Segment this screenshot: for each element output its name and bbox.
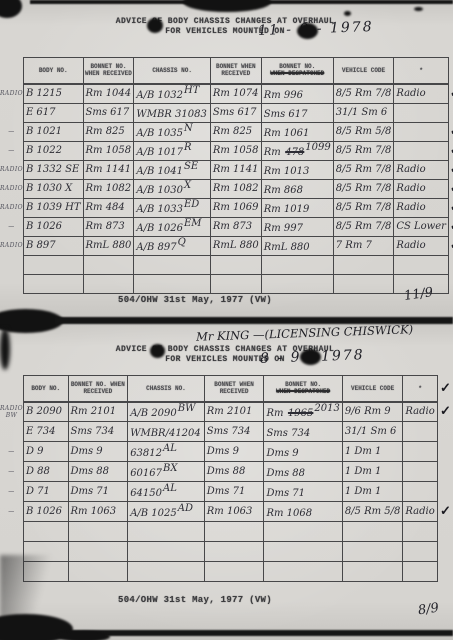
cell-chassis-no	[134, 255, 210, 274]
cell-bonnet-no-received: Rm 873	[83, 217, 134, 236]
cell-bonnet-when-received	[210, 274, 261, 293]
chassis-number: A/B 2090	[130, 408, 177, 419]
table-row: RADIO B 897 RmL 880 A/B 897Q RmL 880 RmL…	[0, 236, 453, 255]
chassis-number: A/B 1017	[136, 147, 183, 158]
bonnet-despatched-text: RmL 880	[264, 242, 310, 253]
cell-bonnet-when-received: Rm 2101	[204, 402, 264, 422]
margin-annotation	[0, 542, 23, 562]
cell-vehicle-code: 1 Dm 1	[342, 442, 403, 462]
header-bonnet-despatched: BONNET NO.WHEN DESPATCHED	[264, 376, 342, 402]
table-row: — B 1022 Rm 1058 A/B 1017R Rm 1058 Rm 47…	[0, 141, 453, 160]
cell-bonnet-no-received: Dms 88	[68, 462, 128, 482]
margin-annotation: —	[0, 482, 23, 502]
checkmark	[438, 562, 453, 582]
cell-bonnet-no-received: Rm 825	[83, 122, 134, 141]
cell-body-no: D 71	[23, 482, 68, 502]
cell-bonnet-no-despatched: Dms 88	[264, 462, 342, 482]
header-body-no: BODY NO.	[23, 58, 83, 84]
cell-bonnet-no-despatched: Sms 734	[264, 422, 342, 442]
margin-annotation	[0, 255, 23, 274]
table-row	[0, 522, 453, 542]
checkmark: ✓	[448, 236, 453, 255]
table-row: — B 1026 Rm 1063 A/B 1025AD Rm 1063 Rm 1…	[0, 502, 453, 522]
cell-chassis-no	[134, 274, 210, 293]
cell-body-no: B 897	[23, 236, 83, 255]
cell-bonnet-no-received: Dms 9	[68, 442, 128, 462]
cell-body-no: B 1030 X	[23, 179, 83, 198]
cell-vehicle-code: 31/1 Sm 6	[342, 422, 403, 442]
cell-body-no: E 734	[23, 422, 68, 442]
cell-body-no: B 1021	[23, 122, 83, 141]
cell-bonnet-no-received: Rm 484	[83, 198, 134, 217]
cell-bonnet-no-received: Rm 1058	[83, 141, 134, 160]
cell-bonnet-no-received: Rm 1141	[83, 160, 134, 179]
cell-vehicle-code: 8/5 Rm 5/8	[333, 122, 394, 141]
bonnet-despatched-text: Rm 1061	[264, 128, 310, 139]
margin-annotation	[0, 103, 23, 122]
recipient-annotation: Mr KING —(LICENSING CHISWICK)	[196, 322, 414, 344]
header-star: *	[403, 376, 438, 402]
changes-table-2: BODY NO. BONNET NO. WHEN RECEIVED CHASSI…	[0, 375, 453, 582]
margin-annotation	[0, 274, 23, 293]
cell-body-no	[23, 274, 83, 293]
cell-bonnet-when-received: RmL 880	[210, 236, 261, 255]
checkmark	[438, 482, 453, 502]
cell-bonnet-no-received	[83, 274, 134, 293]
table-row: — D 71 Dms 71 64150AL Dms 71 Dms 71 1 Dm…	[0, 482, 453, 502]
cell-star-note: Radio	[394, 198, 449, 217]
margin-annotation: —	[0, 217, 23, 236]
cell-body-no	[23, 562, 68, 582]
header-chassis-no: CHASSIS NO.	[134, 58, 210, 84]
cell-chassis-no: A/B 1035N	[134, 122, 210, 141]
margin-annotation: RADIO	[0, 236, 23, 255]
chassis-suffix: HT	[184, 85, 199, 96]
header-checkmark: ✓	[438, 376, 453, 402]
cell-bonnet-no-received	[68, 562, 128, 582]
cell-chassis-no: A/B 1032HT	[134, 84, 210, 104]
cell-bonnet-no-despatched: Sms 617	[261, 103, 333, 122]
chassis-number: A/B 897	[136, 242, 176, 253]
checkmark	[448, 274, 453, 293]
cell-star-note: Radio	[394, 236, 449, 255]
margin-annotation	[0, 562, 23, 582]
chassis-suffix: SE	[184, 161, 198, 172]
table1-body: RADIO B 1215 Rm 1044 A/B 1032HT Rm 1074 …	[0, 84, 453, 294]
checkmark	[438, 422, 453, 442]
margin-annotation: —	[0, 462, 23, 482]
bonnet-despatched-text: Rm 1068	[266, 508, 312, 519]
margin-annotation: —	[0, 442, 23, 462]
cell-bonnet-no-despatched: Rm 1013	[261, 160, 333, 179]
cell-vehicle-code: 8/5 Rm 7/8	[333, 160, 394, 179]
bonnet-despatched-text: Dms 71	[266, 488, 305, 499]
checkmark	[448, 255, 453, 274]
cell-bonnet-when-received	[204, 522, 264, 542]
chassis-number: A/B 1030	[136, 185, 183, 196]
cell-body-no: E 617	[23, 103, 83, 122]
header-bonnet-despatched-line2: WHEN DESPATCHED	[263, 70, 332, 77]
form-reference-footer: 504/OHW 31st May, 1977 (VW)	[118, 595, 272, 605]
chassis-number: A/B 1025	[130, 508, 177, 519]
cell-vehicle-code: 8/5 Rm 7/8	[333, 84, 394, 104]
table-row: — D 88 Dms 88 60167BX Dms 88 Dms 88 1 Dm…	[0, 462, 453, 482]
checkmark	[448, 103, 453, 122]
cell-bonnet-no-despatched	[264, 522, 342, 542]
cell-chassis-no: 63812AL	[128, 442, 205, 462]
cell-vehicle-code: 7 Rm 7	[333, 236, 394, 255]
cell-chassis-no: 60167BX	[128, 462, 205, 482]
cell-chassis-no: A/B 1041SE	[134, 160, 210, 179]
cell-bonnet-when-received: Rm 1141	[210, 160, 261, 179]
cell-bonnet-no-received: Rm 2101	[68, 402, 128, 422]
cell-chassis-no: WMBR/41204	[128, 422, 205, 442]
cell-body-no: B 1026	[23, 502, 68, 522]
table-row: RADIO B 1215 Rm 1044 A/B 1032HT Rm 1074 …	[0, 84, 453, 104]
checkmark: ✓	[448, 179, 453, 198]
scanned-document: { "colors": { "paper": "#d6d4d0", "ink_h…	[0, 0, 453, 640]
cell-body-no: B 1039 HT	[23, 198, 83, 217]
margin-annotation: RADIO BW	[0, 402, 23, 422]
cell-bonnet-when-received: Rm 1074	[210, 84, 261, 104]
table-row	[0, 255, 453, 274]
cell-star-note	[394, 103, 449, 122]
cell-chassis-no: A/B 1033ED	[134, 198, 210, 217]
cell-star-note: Radio	[403, 502, 438, 522]
cell-bonnet-when-received: Dms 9	[204, 442, 264, 462]
cell-chassis-no: A/B 897Q	[134, 236, 210, 255]
cell-bonnet-no-despatched	[261, 274, 333, 293]
cell-chassis-no: A/B 1030X	[134, 179, 210, 198]
cell-bonnet-no-received: RmL 880	[83, 236, 134, 255]
cell-bonnet-when-received: Rm 1082	[210, 179, 261, 198]
chassis-suffix: N	[184, 123, 193, 134]
cell-bonnet-no-despatched: Rm 997	[261, 217, 333, 236]
page-number-handwritten: 11/9	[403, 285, 434, 304]
cell-bonnet-no-received: Sms 617	[83, 103, 134, 122]
cell-vehicle-code: 8/5 Rm 7/8	[333, 217, 394, 236]
cell-bonnet-no-despatched: Rm 996	[261, 84, 333, 104]
cell-body-no: B 2090	[23, 402, 68, 422]
table-row: RADIO BW B 2090 Rm 2101 A/B 2090BW Rm 21…	[0, 402, 453, 422]
checkmark: ✓	[448, 217, 453, 236]
cell-bonnet-when-received: Dms 71	[204, 482, 264, 502]
margin-spacer	[0, 376, 23, 402]
chassis-number: 60167	[130, 468, 162, 479]
bonnet-despatched-text: Sms 617	[264, 109, 308, 120]
cell-vehicle-code: 1 Dm 1	[342, 482, 403, 502]
chassis-number: A/B 1041	[136, 166, 183, 177]
bonnet-despatched-text: Rm 1019	[264, 204, 310, 215]
margin-annotation: —	[0, 141, 23, 160]
margin-annotation: —	[0, 502, 23, 522]
bonnet-despatched-text: Dms 9	[266, 448, 298, 459]
cell-star-note	[403, 482, 438, 502]
cell-bonnet-when-received: Rm 1063	[204, 502, 264, 522]
header-vehicle-code: VEHICLE CODE	[333, 58, 394, 84]
cell-vehicle-code: 31/1 Sm 6	[333, 103, 394, 122]
table-row: — B 1026 Rm 873 A/B 1026EM Rm 873 Rm 997…	[0, 217, 453, 236]
header-bonnet-received: BONNET NO. WHEN RECEIVED	[68, 376, 128, 402]
cell-bonnet-when-received: Rm 873	[210, 217, 261, 236]
cell-vehicle-code: 8/5 Rm 7/8	[333, 198, 394, 217]
chassis-suffix: AD	[178, 503, 193, 514]
cell-bonnet-no-received	[83, 255, 134, 274]
cell-chassis-no: A/B 1026EM	[134, 217, 210, 236]
chassis-suffix: R	[184, 142, 192, 153]
cell-star-note: Radio	[394, 160, 449, 179]
margin-annotation: RADIO	[0, 84, 23, 104]
cell-star-note	[394, 255, 449, 274]
checkmark: ✓	[438, 402, 453, 422]
table-row: — D 9 Dms 9 63812AL Dms 9 Dms 9 1 Dm 1	[0, 442, 453, 462]
checkmark	[438, 542, 453, 562]
cell-bonnet-when-received: Rm 1058	[210, 141, 261, 160]
bonnet-despatched-text: Rm	[264, 147, 281, 158]
table2-body: RADIO BW B 2090 Rm 2101 A/B 2090BW Rm 21…	[0, 402, 453, 582]
cell-vehicle-code	[333, 274, 394, 293]
cell-star-note: Radio	[394, 84, 449, 104]
bonnet-despatched-struck: 478	[285, 147, 304, 158]
cell-body-no: B 1215	[23, 84, 83, 104]
header-star: *	[394, 58, 449, 84]
cell-star-note	[403, 542, 438, 562]
bonnet-despatched-text: Rm 997	[264, 223, 303, 234]
cell-vehicle-code: 8/5 Rm 7/8	[333, 179, 394, 198]
checkmark: ✓	[448, 122, 453, 141]
cell-chassis-no: A/B 1017R	[134, 141, 210, 160]
table-row	[0, 542, 453, 562]
cell-bonnet-when-received: Sms 617	[210, 103, 261, 122]
bonnet-despatched-revised: 2013	[314, 403, 339, 414]
chassis-suffix: Q	[178, 237, 186, 248]
table-row	[0, 274, 453, 293]
cell-star-note	[403, 522, 438, 542]
cell-bonnet-no-despatched: RmL 880	[261, 236, 333, 255]
margin-spacer	[0, 58, 23, 84]
chassis-number: A/B 1026	[136, 223, 183, 234]
header-bonnet-despatched-line2: WHEN DESPATCHED	[265, 388, 340, 395]
cell-body-no: B 1026	[23, 217, 83, 236]
checkmark: ✓	[448, 160, 453, 179]
margin-annotation: RADIO	[0, 179, 23, 198]
cell-bonnet-when-received: Sms 734	[204, 422, 264, 442]
cell-star-note	[403, 422, 438, 442]
chassis-suffix: BW	[178, 403, 196, 414]
cell-bonnet-when-received: Rm 1069	[210, 198, 261, 217]
cell-vehicle-code	[342, 522, 403, 542]
cell-chassis-no	[128, 562, 205, 582]
checkmark	[438, 442, 453, 462]
cell-bonnet-when-received	[210, 255, 261, 274]
cell-chassis-no: A/B 1025AD	[128, 502, 205, 522]
cell-bonnet-no-received	[68, 522, 128, 542]
cell-bonnet-no-despatched: Dms 71	[264, 482, 342, 502]
chassis-suffix: BX	[163, 463, 177, 474]
chassis-number: WMBR 31083	[136, 109, 206, 120]
table-row: E 734 Sms 734 WMBR/41204 Sms 734 Sms 734…	[0, 422, 453, 442]
bonnet-despatched-text: Rm 996	[264, 90, 303, 101]
cell-chassis-no	[128, 522, 205, 542]
cell-star-note	[403, 442, 438, 462]
table-row: — B 1021 Rm 825 A/B 1035N Rm 825 Rm 1061…	[0, 122, 453, 141]
cell-bonnet-no-received	[68, 542, 128, 562]
header-chassis-no: CHASSIS NO.	[128, 376, 205, 402]
cell-bonnet-no-despatched: Rm 4781099	[261, 141, 333, 160]
cell-body-no	[23, 255, 83, 274]
page-number-handwritten: 8/9	[417, 601, 440, 619]
cell-bonnet-when-received: Dms 88	[204, 462, 264, 482]
cell-chassis-no	[128, 542, 205, 562]
header-bonnet-received: BONNET NO. WHEN RECEIVED	[83, 58, 134, 84]
cell-bonnet-no-despatched	[264, 562, 342, 582]
cell-bonnet-no-received: Rm 1063	[68, 502, 128, 522]
cell-vehicle-code: 8/5 Rm 7/8	[333, 141, 394, 160]
margin-annotation: RADIO	[0, 160, 23, 179]
chassis-suffix: ED	[184, 199, 199, 210]
cell-body-no	[23, 522, 68, 542]
cell-vehicle-code	[342, 542, 403, 562]
header-vehicle-code: VEHICLE CODE	[342, 376, 403, 402]
table-row: RADIO B 1332 SE Rm 1141 A/B 1041SE Rm 11…	[0, 160, 453, 179]
cell-bonnet-no-received: Dms 71	[68, 482, 128, 502]
header-check-spacer	[448, 58, 453, 84]
cell-body-no: D 9	[23, 442, 68, 462]
margin-annotation: RADIO	[0, 198, 23, 217]
margin-annotation	[0, 422, 23, 442]
bonnet-despatched-text: Rm	[266, 408, 283, 419]
chassis-number: 63812	[130, 448, 162, 459]
chassis-number: A/B 1033	[136, 204, 183, 215]
chassis-suffix: X	[184, 180, 191, 191]
chassis-number: 64150	[130, 488, 162, 499]
header-bonnet-when-received: BONNET WHEN RECEIVED	[210, 58, 261, 84]
table-row: RADIO B 1039 HT Rm 484 A/B 1033ED Rm 106…	[0, 198, 453, 217]
header-body-no: BODY NO.	[23, 376, 68, 402]
cell-chassis-no: A/B 2090BW	[128, 402, 205, 422]
cell-bonnet-no-despatched: Rm 1019	[261, 198, 333, 217]
page-1: ADVICE OF BODY CHASSIS CHANGES AT OVERHA…	[0, 0, 453, 321]
checkmark: ✓	[448, 198, 453, 217]
header-row: BODY NO. BONNET NO. WHEN RECEIVED CHASSI…	[0, 58, 453, 84]
checkmark: ✓	[448, 141, 453, 160]
cell-body-no: D 88	[23, 462, 68, 482]
header-bonnet-despatched: BONNET NO.WHEN DESPATCHED	[261, 58, 333, 84]
cell-bonnet-no-despatched: Rm 1068	[264, 502, 342, 522]
chassis-suffix: AL	[163, 483, 177, 494]
checkmark: ✓	[448, 84, 453, 104]
cell-bonnet-no-despatched: Rm 1061	[261, 122, 333, 141]
table-row: RADIO B 1030 X Rm 1082 A/B 1030X Rm 1082…	[0, 179, 453, 198]
margin-annotation	[0, 522, 23, 542]
bonnet-despatched-revised: 1099	[305, 142, 330, 153]
margin-annotation: —	[0, 122, 23, 141]
header-bonnet-when-received: BONNET WHEN RECEIVED	[204, 376, 264, 402]
cell-star-note	[394, 122, 449, 141]
bonnet-despatched-struck: 1965	[288, 408, 313, 419]
cell-star-note: Radio	[394, 179, 449, 198]
cell-vehicle-code	[333, 255, 394, 274]
cell-body-no: B 1332 SE	[23, 160, 83, 179]
cell-star-note: CS Lower	[394, 217, 449, 236]
cell-bonnet-no-received: Sms 734	[68, 422, 128, 442]
chassis-number: A/B 1035	[136, 128, 183, 139]
bonnet-despatched-text: Sms 734	[266, 428, 310, 439]
chassis-suffix: EM	[184, 218, 202, 229]
cell-star-note: Radio	[403, 402, 438, 422]
cell-bonnet-no-despatched: Dms 9	[264, 442, 342, 462]
header-row: BODY NO. BONNET NO. WHEN RECEIVED CHASSI…	[0, 376, 453, 402]
form-reference-footer: 504/OHW 31st May, 1977 (VW)	[118, 295, 272, 305]
cell-bonnet-when-received	[204, 562, 264, 582]
chassis-number: A/B 1032	[136, 90, 183, 101]
table-row	[0, 562, 453, 582]
bonnet-despatched-text: Rm 868	[264, 185, 303, 196]
cell-bonnet-no-despatched: Rm 868	[261, 179, 333, 198]
table-row: E 617 Sms 617 WMBR 31083 Sms 617 Sms 617…	[0, 103, 453, 122]
cell-vehicle-code: 1 Dm 1	[342, 462, 403, 482]
cell-chassis-no: WMBR 31083	[134, 103, 210, 122]
changes-table-1: BODY NO. BONNET NO. WHEN RECEIVED CHASSI…	[0, 57, 453, 294]
cell-bonnet-no-despatched: Rm 19652013	[264, 402, 342, 422]
cell-vehicle-code	[342, 562, 403, 582]
checkmark	[438, 522, 453, 542]
cell-body-no	[23, 542, 68, 562]
cell-vehicle-code: 9/6 Rm 9	[342, 402, 403, 422]
bonnet-despatched-text: Rm 1013	[264, 166, 310, 177]
page-2: Mr KING —(LICENSING CHISWICK) ADVICE OF …	[0, 321, 453, 640]
bonnet-despatched-text: Dms 88	[266, 468, 305, 479]
cell-star-note	[403, 562, 438, 582]
cell-bonnet-no-received: Rm 1082	[83, 179, 134, 198]
cell-chassis-no: 64150AL	[128, 482, 205, 502]
cell-bonnet-when-received: Rm 825	[210, 122, 261, 141]
chassis-suffix: AL	[163, 443, 177, 454]
checkmark: ✓	[438, 502, 453, 522]
checkmark	[438, 462, 453, 482]
cell-star-note	[394, 141, 449, 160]
cell-bonnet-when-received	[204, 542, 264, 562]
cell-star-note	[403, 462, 438, 482]
cell-vehicle-code: 8/5 Rm 5/8	[342, 502, 403, 522]
cell-body-no: B 1022	[23, 141, 83, 160]
cell-bonnet-no-despatched	[261, 255, 333, 274]
cell-bonnet-no-despatched	[264, 542, 342, 562]
chassis-number: WMBR/41204	[130, 428, 201, 439]
cell-bonnet-no-received: Rm 1044	[83, 84, 134, 104]
